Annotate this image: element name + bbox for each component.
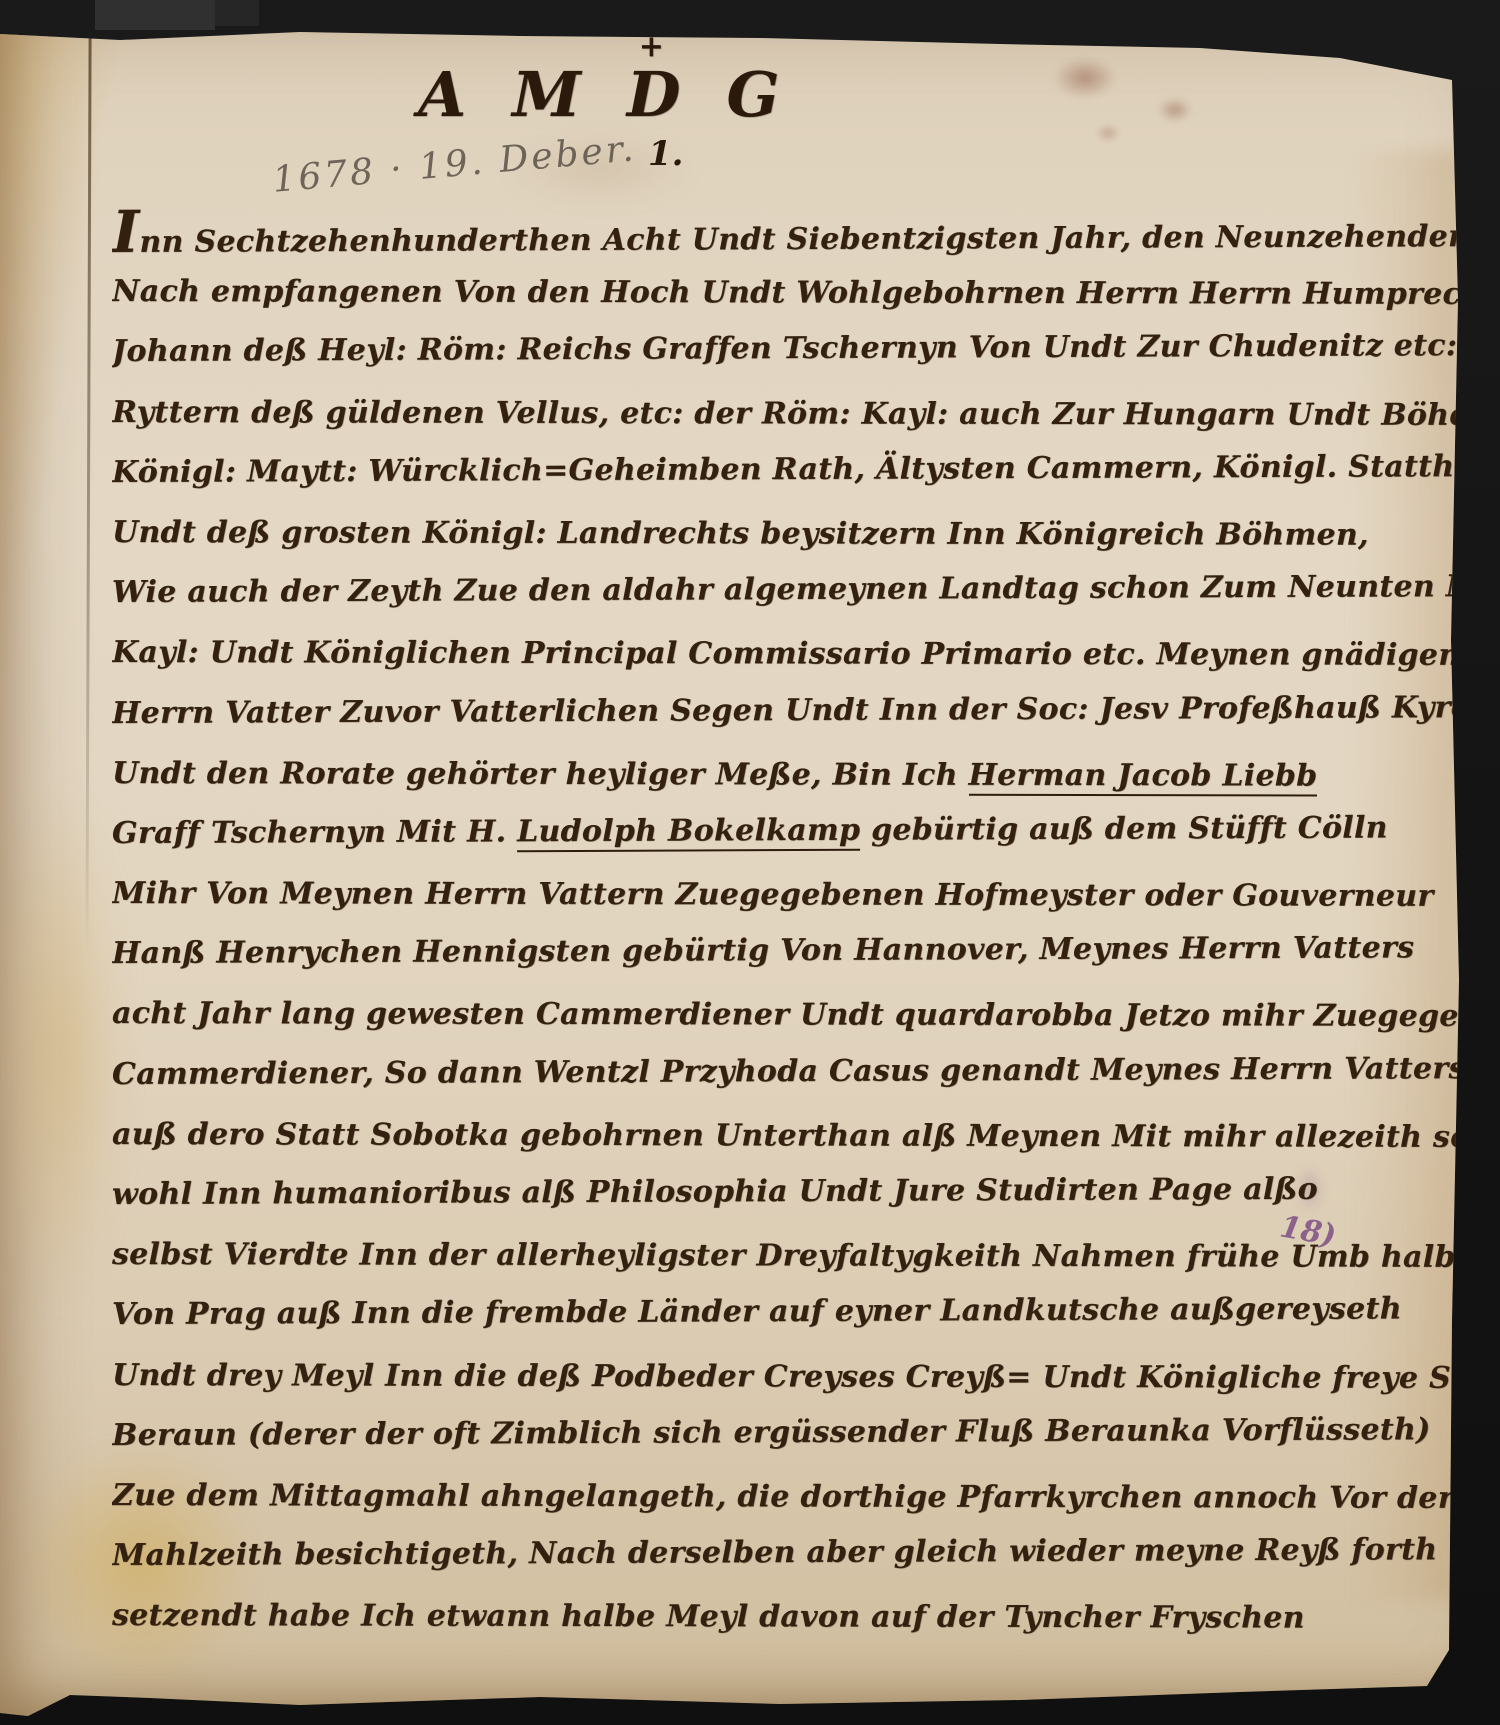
manuscript-line: selbst Vierdte Inn der allerheyligster D… xyxy=(112,1225,1466,1288)
manuscript-line: Mihr Von Meynen Herrn Vattern Zuegegeben… xyxy=(112,864,1466,927)
manuscript-line: Kayl: Undt Königlichen Principal Commiss… xyxy=(112,623,1466,686)
manuscript-text-segment: Ryttern deß güldenen Vellus, etc: der Rö… xyxy=(112,395,1466,433)
manuscript-text-segment: Johann deß Heyl: Röm: Reichs Graffen Tsc… xyxy=(112,329,1457,370)
manuscript-line: Undt den Rorate gehörter heyliger Meße, … xyxy=(112,744,1466,807)
manuscript-text-segment: selbst Vierdte Inn der allerheyligster D… xyxy=(112,1237,1466,1275)
manuscript-line: Herrn Vatter Zuvor Vatterlichen Segen Un… xyxy=(112,678,1466,744)
header-letter-d-glyph: D xyxy=(627,58,681,131)
manuscript-text-segment: Nach empfangenen Von den Hoch Undt Wohlg… xyxy=(112,274,1466,312)
manuscript-text-segment: Von Prag auß Inn die frembde Länder auf … xyxy=(112,1292,1402,1333)
manuscript-line: Undt deß grosten Königl: Landrechts beys… xyxy=(112,503,1466,566)
manuscript-line: Zue dem Mittagmahl ahngelangeth, die dor… xyxy=(112,1466,1466,1529)
manuscript-line: Königl: Maytt: Würcklich=Geheimben Rath,… xyxy=(112,437,1466,503)
manuscript-text-segment: Wie auch der Zeyth Zue den aldahr algeme… xyxy=(112,569,1466,610)
foxing-spot xyxy=(1090,120,1126,146)
manuscript-text-segment: setzendt habe Ich etwann halbe Meyl davo… xyxy=(112,1598,1305,1635)
manuscript-text-segment: Hanß Henrychen Hennigsten gebürtig Von H… xyxy=(112,931,1414,972)
manuscript-line: Mahlzeith besichtigeth, Nach derselben a… xyxy=(112,1520,1466,1586)
archival-date-note: 1678 · 19. Deber. xyxy=(271,128,638,201)
manuscript-line: setzendt habe Ich etwann halbe Meyl davo… xyxy=(112,1586,1466,1649)
header-letter-m: M xyxy=(512,64,581,126)
foxing-spot xyxy=(1040,48,1130,108)
manuscript-text-segment: Inn Sechtzehenhunderthen Acht Undt Siebe… xyxy=(112,218,1466,260)
header-amdg: A M + D G xyxy=(418,64,779,126)
manuscript-page: A M + D G 1. 1678 · 19. Deber. Inn Secht… xyxy=(0,0,1500,1725)
manuscript-line: Graff Tschernyn Mit H. Ludolph Bokelkamp… xyxy=(112,798,1466,864)
manuscript-text-segment: auß dero Statt Sobotka gebohrnen Unterth… xyxy=(112,1117,1466,1155)
manuscript-text-segment: wohl Inn humanioribus alß Philosophia Un… xyxy=(112,1172,1318,1212)
underlined-name: Herman Jacob Liebb xyxy=(968,757,1317,796)
underlined-name: Ludolph Bokelkamp xyxy=(517,813,860,852)
manuscript-text-segment: Herrn Vatter Zuvor Vatterlichen Segen Un… xyxy=(112,689,1466,730)
manuscript-line: Cammerdiener, So dann Wentzl Przyhoda Ca… xyxy=(112,1039,1466,1105)
manuscript-line: Wie auch der Zeyth Zue den aldahr algeme… xyxy=(112,557,1466,623)
manuscript-text-segment: Undt drey Meyl Inn die deß Podbeder Crey… xyxy=(112,1358,1466,1396)
manuscript-text-segment: Kayl: Undt Königlichen Principal Commiss… xyxy=(112,635,1460,673)
manuscript-line: wohl Inn humanioribus alß Philosophia Un… xyxy=(112,1159,1466,1225)
manuscript-line: Ryttern deß güldenen Vellus, etc: der Rö… xyxy=(112,383,1466,446)
manuscript-line: Undt drey Meyl Inn die deß Podbeder Crey… xyxy=(112,1346,1466,1409)
manuscript-text-segment: Beraun (derer der oft Zimblich sich ergü… xyxy=(112,1412,1431,1453)
manuscript-line: Nach empfangenen Von den Hoch Undt Wohlg… xyxy=(112,262,1466,325)
manuscript-text-segment: Königl: Maytt: Würcklich=Geheimben Rath,… xyxy=(112,448,1466,489)
manuscript-line: Hanß Henrychen Hennigsten gebürtig Von H… xyxy=(112,918,1466,984)
header-letter-d: + D xyxy=(627,64,681,126)
section-number: 1. xyxy=(648,134,684,174)
manuscript-line: Johann deß Heyl: Röm: Reichs Graffen Tsc… xyxy=(112,316,1466,382)
manuscript-text-segment: gebürtig auß dem Stüfft Cölln xyxy=(860,810,1388,847)
manuscript-line: Inn Sechtzehenhunderthen Acht Undt Siebe… xyxy=(112,202,1466,262)
manuscript-text-segment: Undt den Rorate gehörter heyliger Meße, … xyxy=(112,756,969,793)
page-fold-crease xyxy=(85,34,91,954)
manuscript-text-segment: Mahlzeith besichtigeth, Nach derselben a… xyxy=(112,1532,1437,1573)
manuscript-line: Von Prag auß Inn die frembde Länder auf … xyxy=(112,1279,1466,1345)
foxing-spot xyxy=(1150,92,1200,128)
manuscript-line: acht Jahr lang gewesten Cammerdiener Und… xyxy=(112,984,1466,1047)
book-clamp-shadow xyxy=(215,0,259,26)
manuscript-text-segment: Zue dem Mittagmahl ahngelangeth, die dor… xyxy=(112,1478,1454,1516)
photo-background: A M + D G 1. 1678 · 19. Deber. Inn Secht… xyxy=(0,0,1500,1725)
header-letter-g: G xyxy=(727,64,780,126)
manuscript-text-segment: Cammerdiener, So dann Wentzl Przyhoda Ca… xyxy=(112,1051,1466,1092)
book-clamp xyxy=(95,0,215,30)
manuscript-line: auß dero Statt Sobotka gebohrnen Unterth… xyxy=(112,1105,1466,1168)
header-letter-a: A xyxy=(418,64,466,126)
manuscript-line: Beraun (derer der oft Zimblich sich ergü… xyxy=(112,1400,1466,1466)
manuscript-text: Inn Sechtzehenhunderthen Acht Undt Siebe… xyxy=(112,202,1466,1662)
manuscript-text-segment: Graff Tschernyn Mit H. xyxy=(112,814,517,851)
cross-mark: + xyxy=(639,32,664,62)
manuscript-text-segment: Mihr Von Meynen Herrn Vattern Zuegegeben… xyxy=(112,876,1434,914)
manuscript-text-segment: Undt deß grosten Königl: Landrechts beys… xyxy=(112,515,1369,553)
manuscript-text-segment: acht Jahr lang gewesten Cammerdiener Und… xyxy=(112,996,1466,1034)
